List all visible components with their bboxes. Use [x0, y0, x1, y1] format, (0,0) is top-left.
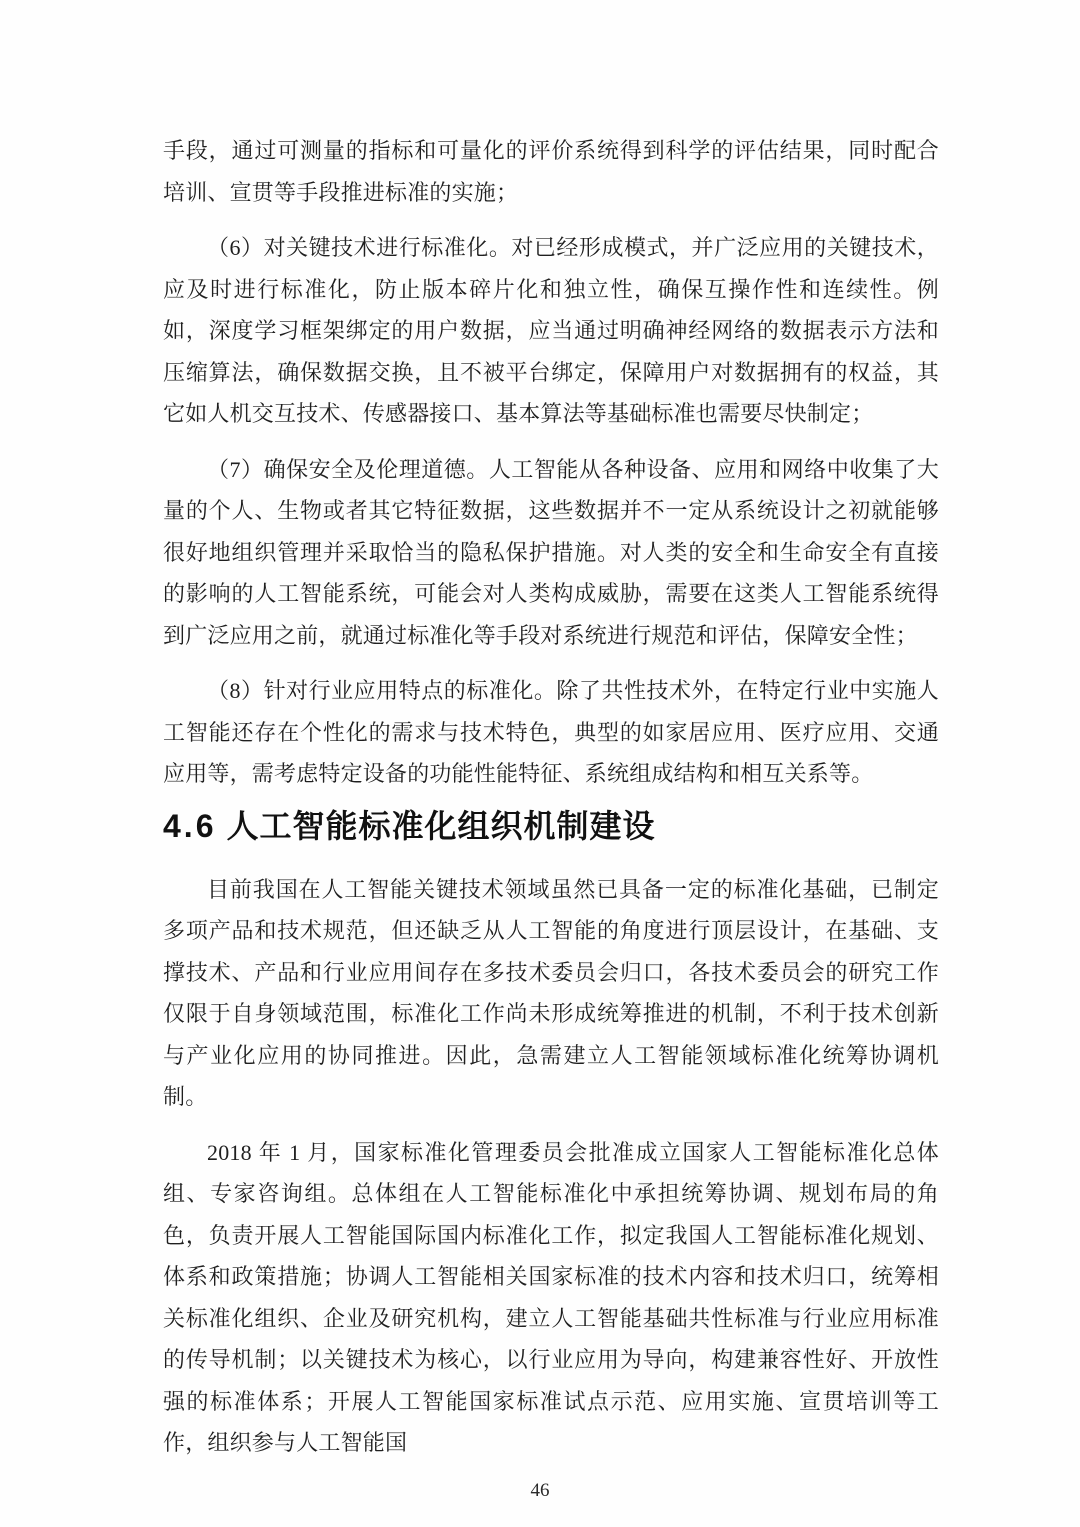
body-paragraph-section-2: 2018 年 1 月，国家标准化管理委员会批准成立国家人工智能标准化总体组、专家…	[163, 1132, 939, 1464]
body-paragraph-item-6: （6）对关键技术进行标准化。对已经形成模式，并广泛应用的关键技术，应及时进行标准…	[163, 227, 939, 435]
document-page: 手段，通过可测量的指标和可量化的评价系统得到科学的评估结果，同时配合培训、宣贯等…	[0, 0, 1080, 1527]
section-heading-number: 4.6	[163, 808, 216, 844]
body-paragraph-item-7: （7）确保安全及伦理道德。人工智能从各种设备、应用和网络中收集了大量的个人、生物…	[163, 449, 939, 657]
section-heading: 4.6人工智能标准化组织机制建设	[163, 809, 939, 843]
body-paragraph-section-1: 目前我国在人工智能关键技术领域虽然已具备一定的标准化基础，已制定多项产品和技术规…	[163, 869, 939, 1118]
body-paragraph-continuation: 手段，通过可测量的指标和可量化的评价系统得到科学的评估结果，同时配合培训、宣贯等…	[163, 130, 939, 213]
page-content: 手段，通过可测量的指标和可量化的评价系统得到科学的评估结果，同时配合培训、宣贯等…	[0, 0, 1080, 1464]
page-number: 46	[0, 1478, 1080, 1504]
body-paragraph-item-8: （8）针对行业应用特点的标准化。除了共性技术外，在特定行业中实施人工智能还存在个…	[163, 670, 939, 795]
section-heading-title: 人工智能标准化组织机制建设	[226, 808, 655, 844]
